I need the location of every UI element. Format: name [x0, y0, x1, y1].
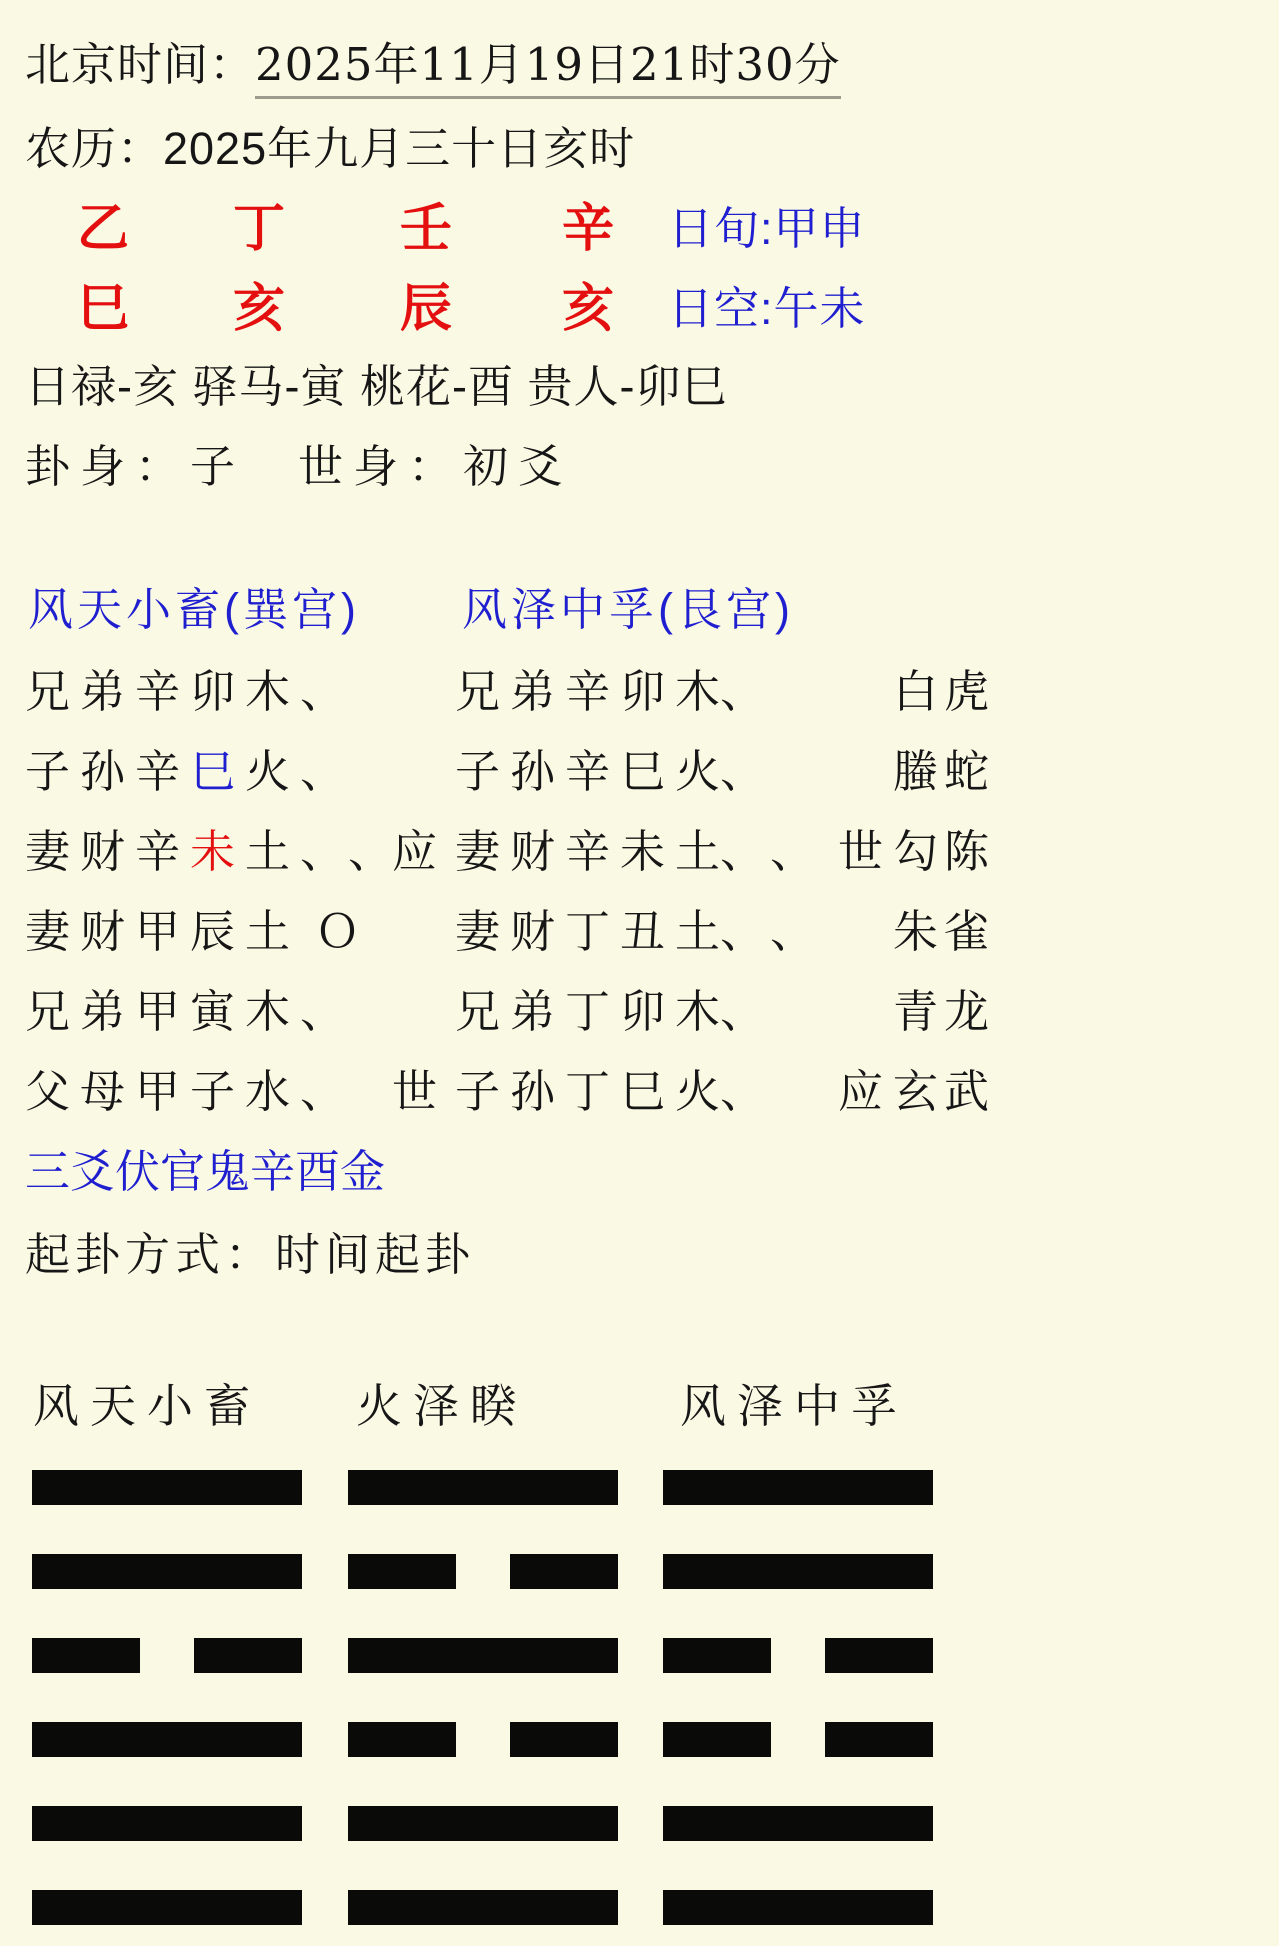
hexagram-diagram-mutual	[348, 1470, 618, 1930]
yin-line-bar	[348, 1722, 618, 1757]
six-beast-label: 朱雀	[893, 895, 995, 960]
moving-line-circle: Ｏ	[315, 895, 360, 960]
yao-row-2: 兄弟甲寅木 、 兄弟丁卯木 、 青龙	[0, 975, 1279, 1037]
main-yao-text: 妻财辛未土	[25, 815, 300, 880]
changed-yao-text: 兄弟丁卯木	[455, 975, 730, 1040]
yang-line-bar	[663, 1806, 933, 1841]
yang-line-bar	[348, 1806, 618, 1841]
main-yao-text: 兄弟甲寅木	[25, 975, 300, 1040]
changed-hexagram-title: 风泽中孚(艮宫)	[462, 573, 794, 638]
yin-line-bar	[663, 1638, 933, 1673]
hexagram-name-mutual: 火泽睽	[356, 1370, 527, 1436]
yang-line-bar	[32, 1470, 302, 1505]
yang-line-bar	[663, 1470, 933, 1505]
hexagram-diagram-changed	[663, 1470, 933, 1930]
main-shi-marker: 世	[392, 1055, 437, 1120]
main-yao-mark: 、	[300, 655, 345, 720]
changed-yao-text: 妻财辛未土	[455, 815, 730, 880]
changed-yao-text: 子孙丁巳火	[455, 1055, 730, 1120]
main-yao-mark2: 、	[348, 815, 393, 880]
changed-yao-text: 子孙辛巳火	[455, 735, 730, 800]
yao-row-6: 兄弟辛卯木 、 兄弟辛卯木 、 白虎	[0, 655, 1279, 717]
yin-line-bar	[663, 1722, 933, 1757]
main-yao-mark: 、	[300, 975, 345, 1040]
main-yao-text: 兄弟辛卯木	[25, 655, 300, 720]
main-yao-text: 父母甲子水	[25, 1055, 300, 1120]
pillar-year-branch: 巳	[77, 266, 129, 341]
shensha-line: 日禄-亥 驿马-寅 桃花-酉 贵人-卯巳	[25, 350, 727, 415]
yin-line-bar	[32, 1638, 302, 1673]
yao-row-3: 妻财甲辰土 Ｏ 妻财丁丑土 、 、 朱雀	[0, 895, 1279, 957]
yao-row-4: 妻财辛未土 、 、 应 妻财辛未土 、 、 世 勾陈	[0, 815, 1279, 877]
yang-line-bar	[32, 1806, 302, 1841]
changed-ying-marker: 应	[838, 1055, 883, 1120]
main-yao-text: 子孙辛巳火	[25, 735, 300, 800]
main-hexagram-title: 风天小畜(巽宫)	[28, 573, 360, 638]
changed-yao-text: 兄弟辛卯木	[455, 655, 730, 720]
six-beast-label: 勾陈	[893, 815, 995, 880]
pillar-year-stem: 乙	[77, 186, 129, 261]
day-kong-note: 日空:午未	[668, 272, 866, 337]
six-beast-label: 螣蛇	[893, 735, 995, 800]
yang-line-bar	[348, 1890, 618, 1925]
pillar-hour-branch: 亥	[562, 266, 614, 341]
main-ying-marker: 应	[392, 815, 437, 880]
divination-page: 北京时间：2025年11月19日21时30分 农历：2025年九月三十日亥时 乙…	[0, 0, 1279, 1946]
shi-shen-label: 世身：初爻	[298, 430, 573, 495]
main-yao-mark: 、	[300, 1055, 345, 1120]
pillar-day-branch: 辰	[400, 266, 452, 341]
main-yao-mark: 、	[300, 815, 345, 880]
hexagram-name-main: 风天小畜	[33, 1370, 261, 1436]
lunar-date-line: 农历：2025年九月三十日亥时	[25, 112, 635, 177]
changed-yao-mark: 、	[720, 735, 765, 800]
hexagram-diagram-main	[32, 1470, 302, 1930]
day-xun-note: 日旬:甲申	[668, 192, 866, 257]
changed-yao-mark: 、	[720, 815, 765, 880]
six-beast-label: 白虎	[893, 655, 995, 720]
beijing-time-line: 北京时间：2025年11月19日21时30分	[25, 28, 841, 93]
beijing-time-label: 北京时间：	[25, 39, 255, 90]
six-beast-label: 玄武	[893, 1055, 995, 1120]
changed-yao-mark: 、	[720, 975, 765, 1040]
pillar-hour-stem: 辛	[562, 186, 614, 261]
highlight-branch: 巳	[190, 746, 245, 797]
changed-yao-mark: 、	[720, 1055, 765, 1120]
pillar-month-branch: 亥	[233, 266, 285, 341]
yang-line-bar	[348, 1470, 618, 1505]
casting-method-line: 起卦方式：时间起卦	[25, 1218, 475, 1283]
hexagram-name-changed: 风泽中孚	[680, 1370, 908, 1436]
yao-row-1: 父母甲子水 、 世 子孙丁巳火 、 应 玄武	[0, 1055, 1279, 1117]
yao-row-5: 子孙辛巳火 、 子孙辛巳火 、 螣蛇	[0, 735, 1279, 797]
yang-line-bar	[32, 1554, 302, 1589]
pillar-month-stem: 丁	[233, 186, 285, 261]
changed-yao-mark: 、	[720, 655, 765, 720]
yang-line-bar	[32, 1890, 302, 1925]
changed-yao-text: 妻财丁丑土	[455, 895, 730, 960]
main-yao-text: 妻财甲辰土	[25, 895, 300, 960]
highlight-branch: 未	[190, 826, 245, 877]
yin-line-bar	[348, 1554, 618, 1589]
pillar-day-stem: 壬	[400, 186, 452, 261]
changed-yao-mark2: 、	[770, 815, 815, 880]
gua-shen-label: 卦身：子	[25, 430, 245, 495]
six-beast-label: 青龙	[893, 975, 995, 1040]
beijing-time-value: 2025年11月19日21时30分	[255, 38, 841, 99]
yang-line-bar	[348, 1638, 618, 1673]
changed-yao-mark2: 、	[770, 895, 815, 960]
yang-line-bar	[32, 1722, 302, 1757]
yang-line-bar	[663, 1890, 933, 1925]
hidden-spirit-line: 三爻伏官鬼辛酉金	[25, 1135, 385, 1200]
changed-yao-mark: 、	[720, 895, 765, 960]
main-yao-mark: 、	[300, 735, 345, 800]
changed-shi-marker: 世	[838, 815, 883, 880]
yang-line-bar	[663, 1554, 933, 1589]
